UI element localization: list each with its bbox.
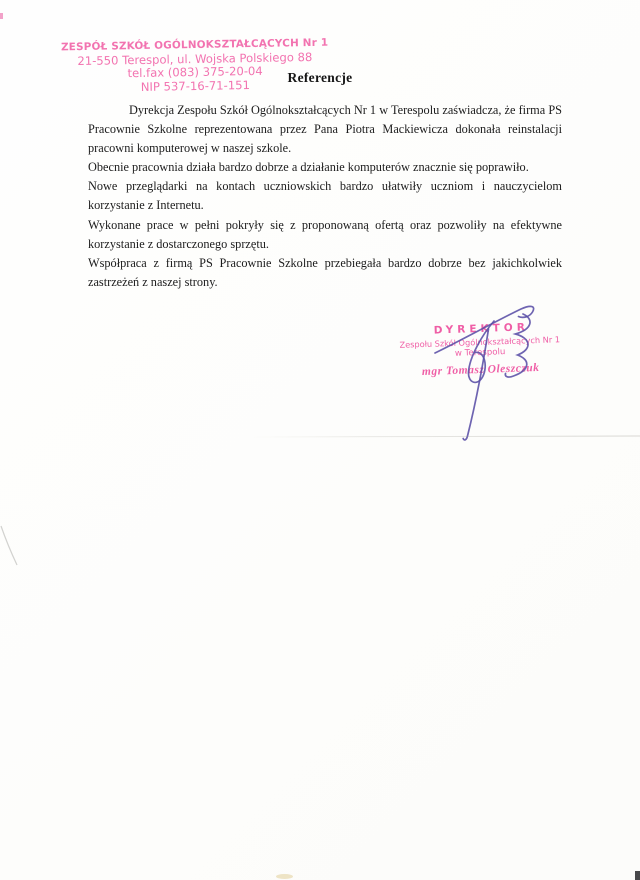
handwritten-signature: [420, 288, 550, 448]
paragraph-3: Nowe przeglądarki na kontach uczniowskic…: [88, 177, 562, 215]
paragraph-4: Wykonane prace w pełni pokryły się z pro…: [88, 216, 562, 254]
scanned-page: ZESPÓŁ SZKÓŁ OGÓLNOKSZTAŁCĄCYCH Nr 1 21-…: [0, 0, 640, 880]
pink-ink-edge-mark: [0, 13, 3, 19]
school-address-stamp: ZESPÓŁ SZKÓŁ OGÓLNOKSZTAŁCĄCYCH Nr 1 21-…: [28, 36, 363, 96]
paragraph-2: Obecnie pracownia działa bardzo dobrze a…: [88, 158, 562, 177]
paragraph-5: Współpraca z firmą PS Pracownie Szkolne …: [88, 254, 562, 292]
scan-smudge: [276, 874, 293, 879]
letter-body: Dyrekcja Zespołu Szkół Ogólnokształcącyc…: [88, 101, 562, 292]
document-title: Referencje: [0, 70, 640, 86]
scan-scratch-mark: [0, 520, 26, 572]
paragraph-1: Dyrekcja Zespołu Szkół Ogólnokształcącyc…: [88, 101, 562, 158]
scan-corner-mark: [635, 871, 640, 880]
